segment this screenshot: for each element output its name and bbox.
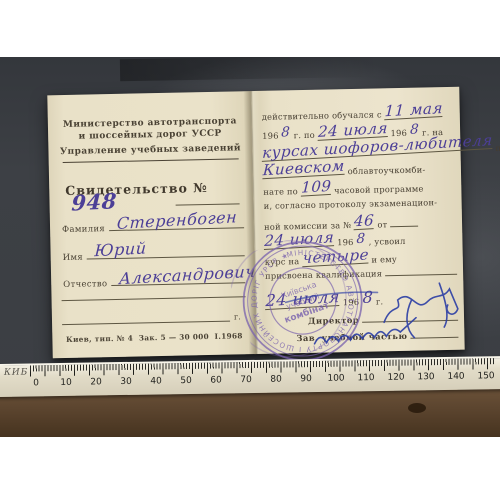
ruler-number: 0: [26, 378, 46, 388]
ruler-number: 80: [266, 374, 286, 384]
table-shadow: [120, 57, 380, 81]
surname-line: Стеренбоген: [109, 213, 244, 231]
ruler-number: 40: [146, 376, 166, 386]
print-imprint: Киев, тип. № 4 Зак. 5 — 30 000 I.1968: [52, 331, 256, 344]
ruler-number: 130: [416, 372, 436, 382]
patronymic-field: Отчество Александрович: [63, 268, 245, 290]
ruler-number: 20: [86, 377, 106, 387]
certificate-left-page: Министерство автотранспорта и шоссейных …: [47, 91, 256, 358]
firstname-label: Имя: [63, 253, 84, 263]
blank-line: [62, 296, 246, 301]
ministry-header: Министерство автотранспорта и шоссейных …: [48, 115, 252, 143]
ruler-number: 30: [116, 377, 136, 387]
ruler-brand: КИБ: [4, 367, 29, 377]
date-flourish: [285, 292, 377, 303]
header-divider: [63, 158, 239, 163]
wooden-table-edge: [0, 389, 500, 437]
firstname-line: Юрий: [87, 241, 245, 259]
photo-of-certificate: Министерство автотранспорта и шоссейных …: [0, 57, 500, 437]
firstname-field: Имя Юрий: [62, 241, 244, 263]
ruler-number: 100: [326, 374, 346, 384]
head-signature: [314, 300, 417, 344]
ruler-number: 50: [176, 376, 196, 386]
ruler-number: 70: [236, 375, 256, 385]
patronymic-label: Отчество: [63, 279, 107, 290]
director-signature: [383, 283, 458, 329]
certificate-document: Министерство автотранспорта и шоссейных …: [47, 87, 464, 359]
surname-field: Фамилия Стеренбоген: [62, 213, 244, 235]
ruler-number: 120: [386, 373, 406, 383]
ruler-number: 110: [356, 373, 376, 383]
firstname-value: Юрий: [94, 240, 147, 259]
ruler-number: 90: [296, 374, 316, 384]
printed-text: при: [495, 143, 500, 153]
ruler-number: 150: [476, 371, 496, 381]
certificate-number: 948: [71, 190, 117, 214]
city-line: [62, 321, 230, 326]
surname-value: Стеренбоген: [116, 209, 237, 232]
ruler-number: 140: [446, 372, 466, 382]
surname-label: Фамилия: [62, 224, 105, 235]
wood-knot: [408, 403, 426, 413]
department-line: Управление учебных заведений: [48, 143, 252, 157]
signature-ink: [251, 87, 464, 354]
ruler-number: 60: [206, 375, 226, 385]
ruler-number: 10: [56, 378, 76, 388]
